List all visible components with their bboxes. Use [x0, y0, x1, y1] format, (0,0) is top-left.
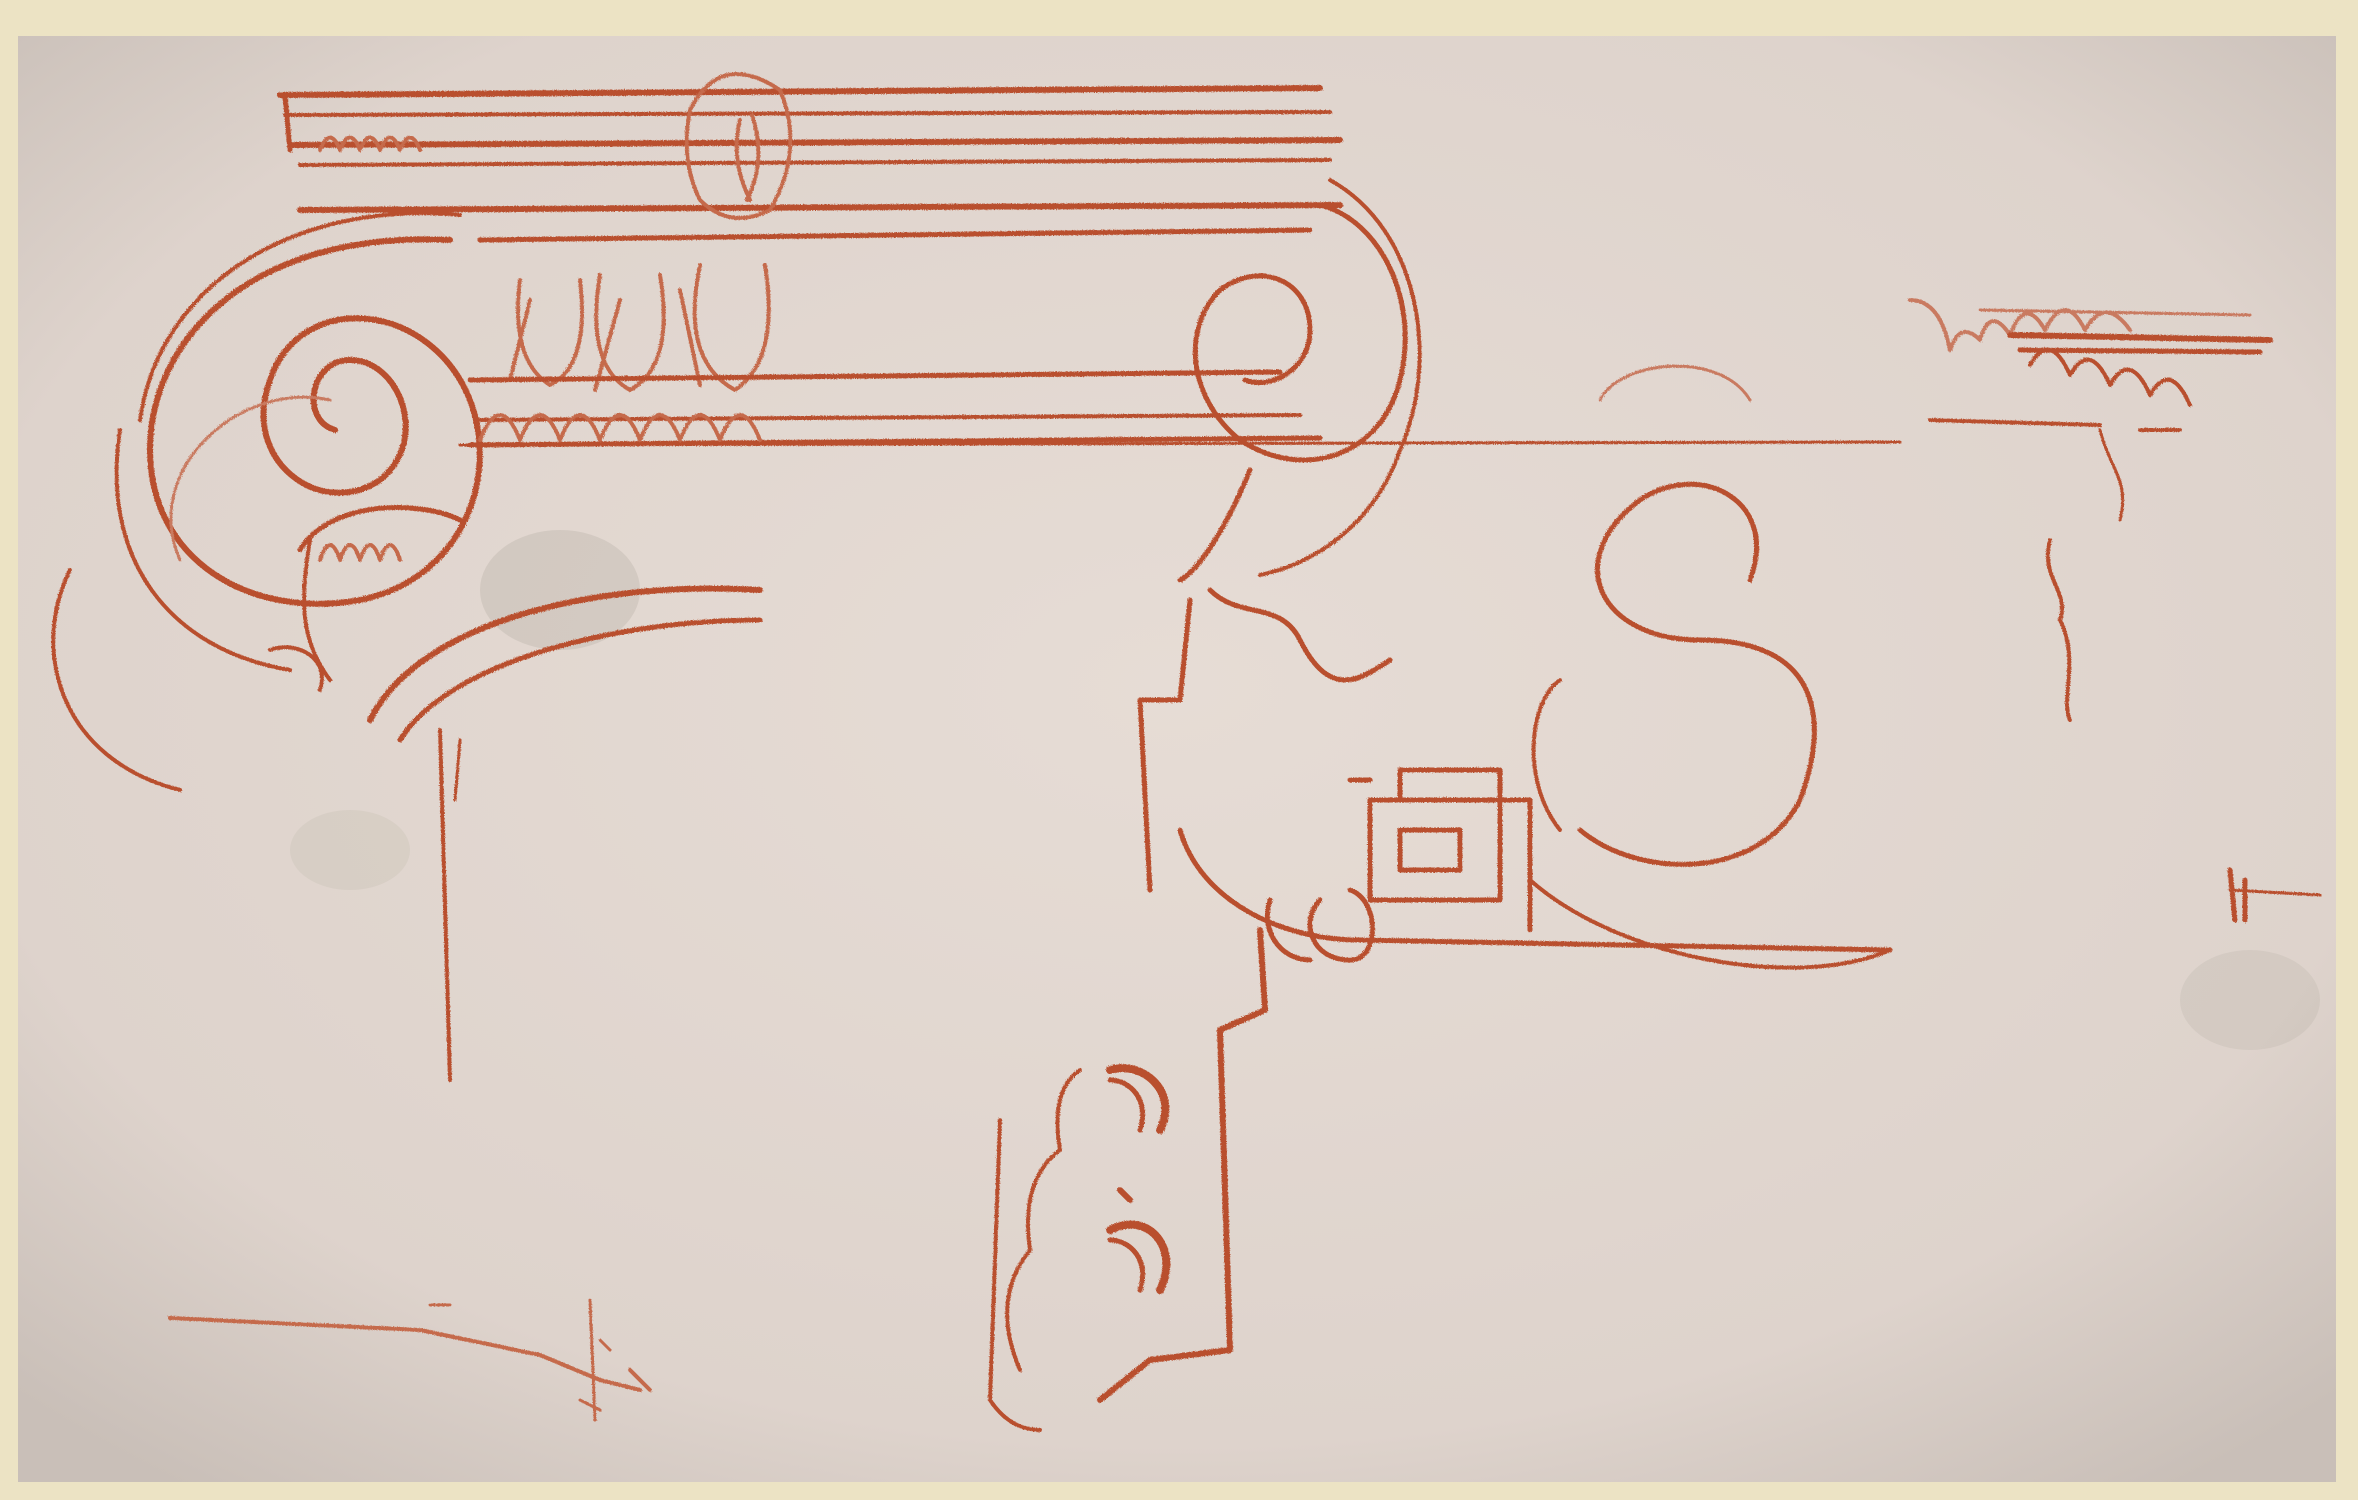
mount-border: [0, 0, 2358, 1500]
stain: [2180, 950, 2320, 1050]
stain: [290, 810, 410, 890]
red-chalk-drawing: [0, 0, 2358, 1500]
paper-fill: [18, 36, 2336, 1482]
